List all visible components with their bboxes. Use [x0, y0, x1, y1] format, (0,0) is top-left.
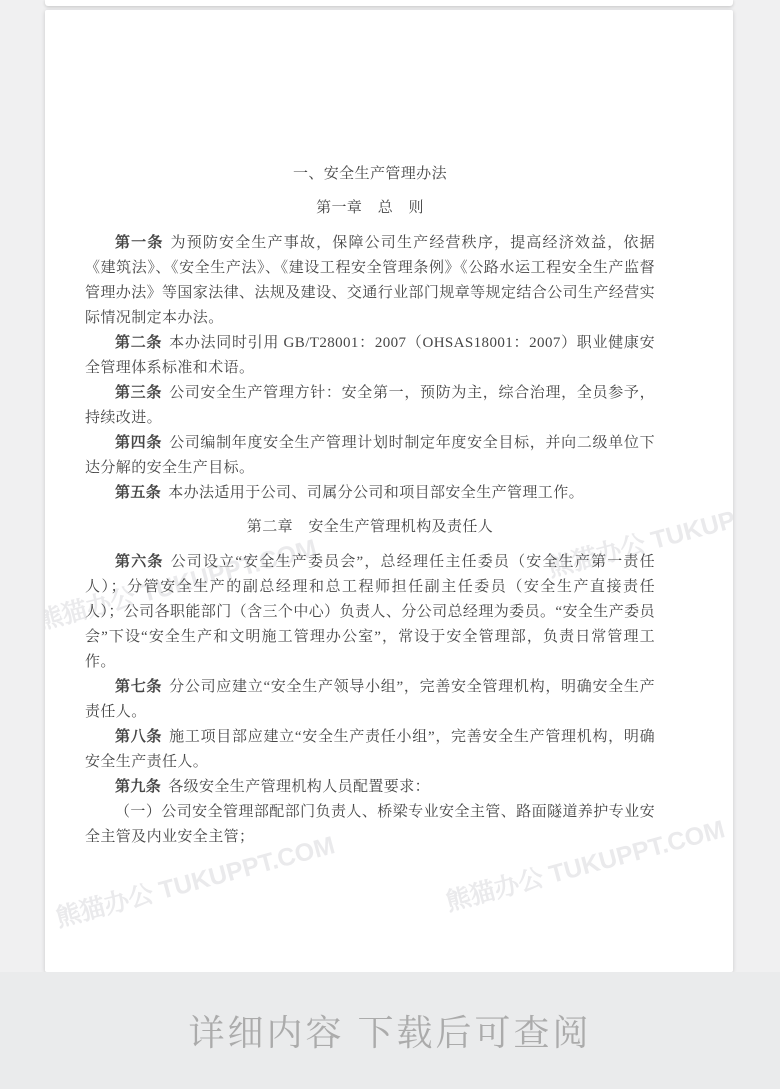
download-notice: 详细内容 下载后可查阅 — [188, 1005, 591, 1056]
clause-paragraph: 第三条公司安全生产管理方针：安全第一，预防为主，综合治理，全员参予，持续改进。 — [85, 381, 655, 431]
footer-band: 详细内容 下载后可查阅 — [0, 972, 780, 1089]
clause-paragraph: 第七条分公司应建立“安全生产领导小组”，完善安全管理机构，明确安全生产责任人。 — [85, 675, 655, 725]
clause-paragraph: 第九条各级安全生产管理机构人员配置要求： — [85, 775, 655, 800]
clause-text: 各级安全生产管理机构人员配置要求： — [168, 779, 430, 795]
document-page: 熊猫办公 TUKUPPT.COM 熊猫办公 TUKUPPT.COM 熊猫办公 T… — [45, 10, 733, 972]
clause-number: 第三条 — [115, 385, 162, 401]
clause-number: 第九条 — [115, 779, 161, 795]
clause-paragraph: 第二条本办法同时引用 GB/T28001：2007（OHSAS18001：200… — [85, 331, 655, 381]
clause-text: 公司安全生产管理方针：安全第一，预防为主，综合治理，全员参予，持续改进。 — [85, 385, 655, 426]
preview-screen: 熊猫办公 TUKUPPT.COM 熊猫办公 TUKUPPT.COM 熊猫办公 T… — [0, 0, 780, 1089]
document-title: 一、安全生产管理办法 — [85, 162, 655, 187]
clause-number: 第二条 — [115, 335, 162, 351]
clause-number: 第一条 — [115, 235, 164, 251]
clause-text: 为预防安全生产事故，保障公司生产经营秩序，提高经济效益，依据《建筑法》、《安全生… — [85, 235, 655, 326]
clause-number: 第四条 — [115, 435, 162, 451]
clause-text: 施工项目部应建立“安全生产责任小组”，完善安全生产管理机构，明确安全生产责任人。 — [85, 729, 655, 770]
clause-text: 公司编制年度安全生产管理计划时制定年度安全目标，并向二级单位下达分解的安全生产目… — [85, 435, 655, 476]
previous-page-edge — [45, 0, 733, 6]
list-item-paragraph: （一）公司安全管理部配部门负责人、桥梁专业安全主管、路面隧道养护专业安全主管及内… — [85, 800, 655, 850]
clause-number: 第五条 — [115, 485, 161, 501]
clause-text: （一）公司安全管理部配部门负责人、桥梁专业安全主管、路面隧道养护专业安全主管及内… — [85, 804, 655, 845]
clause-text: 公司设立“安全生产委员会”，总经理任主任委员（安全生产第一责任人）；分管安全生产… — [85, 554, 655, 670]
clause-paragraph: 第五条本办法适用于公司、司属分公司和项目部安全生产管理工作。 — [85, 481, 655, 506]
chapter-2-heading: 第二章 安全生产管理机构及责任人 — [85, 515, 655, 540]
clause-number: 第六条 — [115, 554, 164, 570]
clause-paragraph: 第六条公司设立“安全生产委员会”，总经理任主任委员（安全生产第一责任人）；分管安… — [85, 550, 655, 675]
clause-text: 分公司应建立“安全生产领导小组”，完善安全管理机构，明确安全生产责任人。 — [85, 679, 655, 720]
document-content: 一、安全生产管理办法 第一章 总 则 第一条为预防安全生产事故，保障公司生产经营… — [45, 10, 733, 850]
clause-paragraph: 第四条公司编制年度安全生产管理计划时制定年度安全目标，并向二级单位下达分解的安全… — [85, 431, 655, 481]
clause-number: 第八条 — [115, 729, 162, 745]
clause-paragraph: 第一条为预防安全生产事故，保障公司生产经营秩序，提高经济效益，依据《建筑法》、《… — [85, 231, 655, 331]
clause-text: 本办法适用于公司、司属分公司和项目部安全生产管理工作。 — [168, 485, 584, 501]
clause-text: 本办法同时引用 GB/T28001：2007（OHSAS18001：2007）职… — [85, 335, 655, 376]
clause-number: 第七条 — [115, 679, 162, 695]
clause-paragraph: 第八条施工项目部应建立“安全生产责任小组”，完善安全生产管理机构，明确安全生产责… — [85, 725, 655, 775]
chapter-1-heading: 第一章 总 则 — [85, 196, 655, 221]
